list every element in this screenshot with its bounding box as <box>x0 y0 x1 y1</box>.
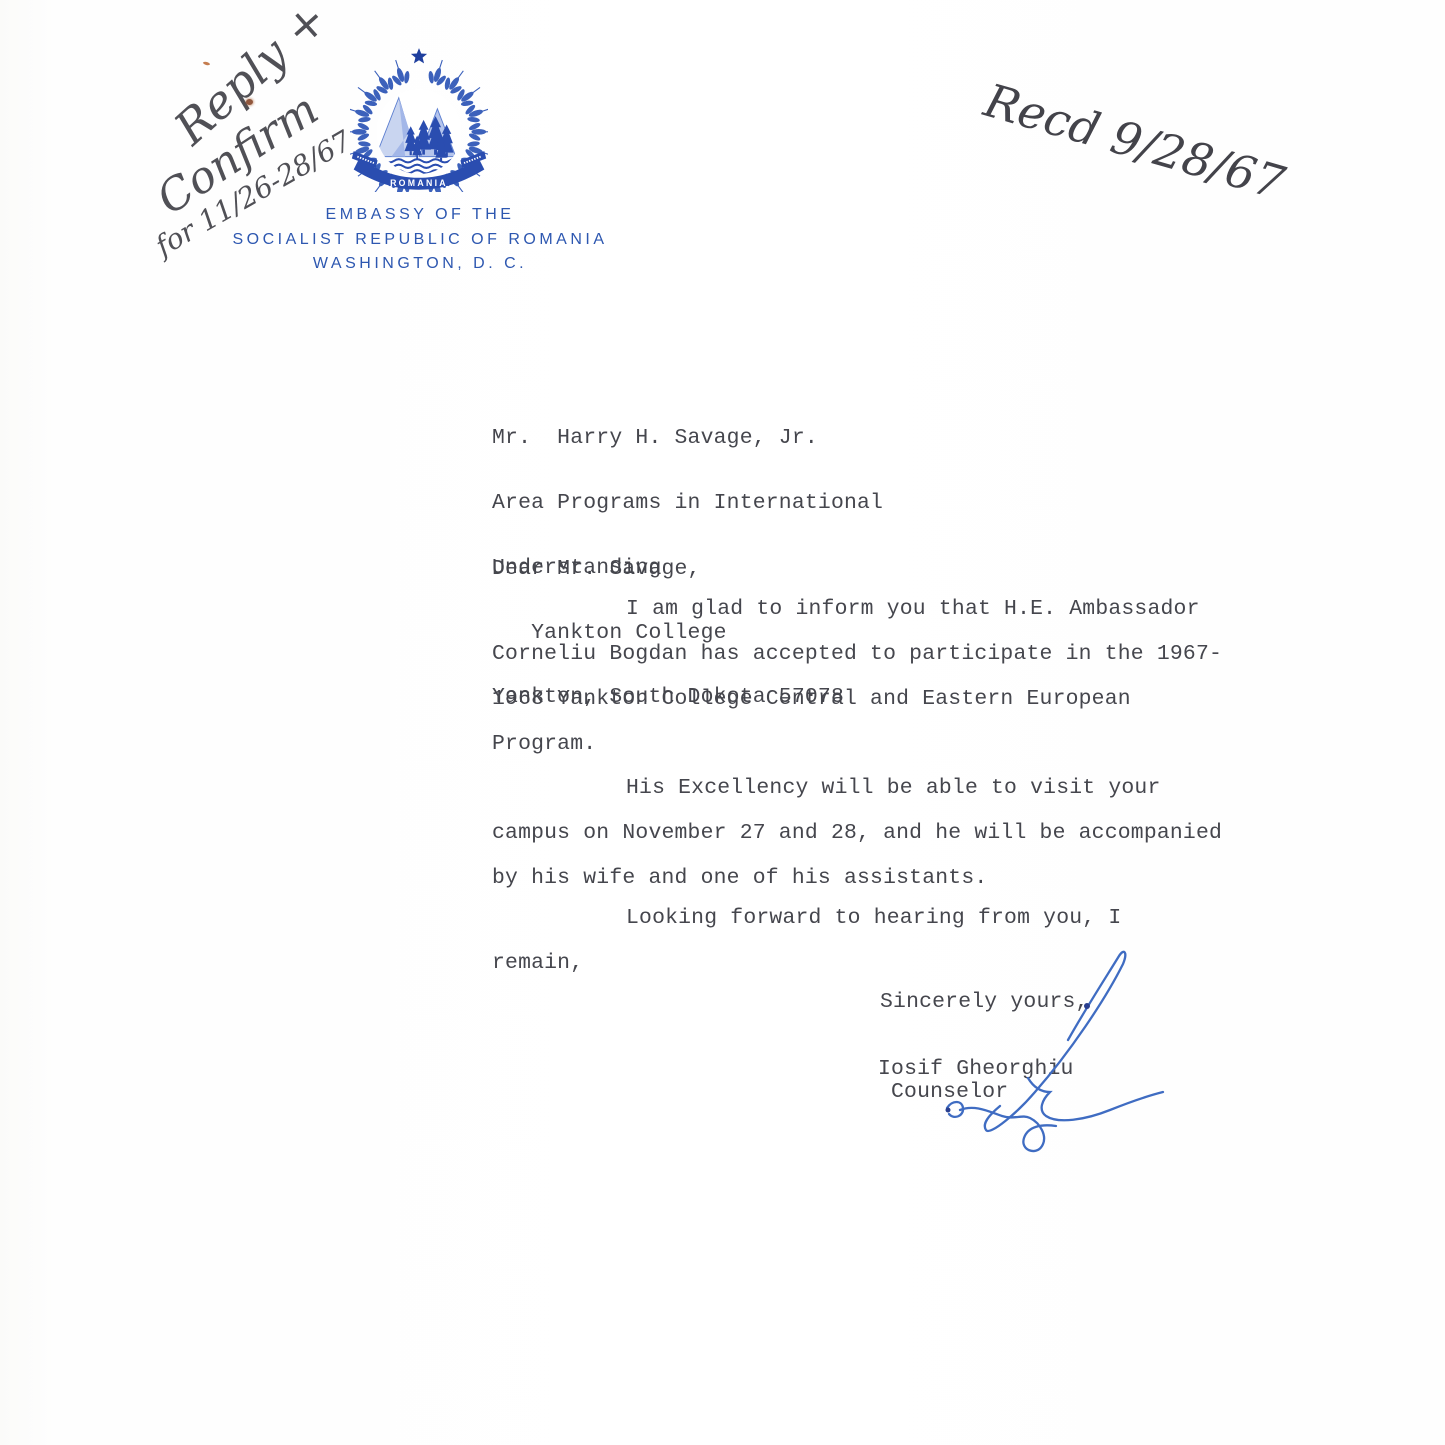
emblem-banner-label: ROMANIA <box>390 178 448 188</box>
body-line: His Excellency will be able to visit you… <box>492 778 1161 799</box>
emblem-landscape <box>376 89 468 174</box>
recipient-dept: Area Programs in International <box>492 493 883 515</box>
body-line: Program. <box>492 734 596 755</box>
signature-scribble <box>960 1108 1056 1151</box>
ink-speck <box>246 99 253 105</box>
letterhead-line1: EMBASSY OF THE <box>215 206 625 224</box>
letterhead-line3: WASHINGTON, D. C. <box>215 255 625 273</box>
body-line: campus on November 27 and 28, and he wil… <box>492 823 1222 844</box>
recipient-name: Mr. Harry H. Savage, Jr. <box>492 428 883 450</box>
body-line: 1968 Yankton College Central and Eastern… <box>492 689 1131 710</box>
body-line: by his wife and one of his assistants. <box>492 868 987 889</box>
signature-ink <box>930 940 1190 1180</box>
signature-slash <box>985 952 1126 1131</box>
ink-dot <box>1084 1003 1090 1009</box>
letterhead-line2: SOCIALIST REPUBLIC OF ROMANIA <box>215 231 625 249</box>
handwritten-received-note: Recd 9/28/67 <box>979 73 1291 210</box>
ink-speck <box>203 61 211 66</box>
star-icon <box>411 48 427 63</box>
letter-page: Reply + Confirm for 11/26-28/67 Recd 9/2… <box>0 0 1445 1445</box>
romania-coat-of-arms-icon: ROMANIA <box>350 44 488 192</box>
ink-dot <box>946 1108 951 1113</box>
salutation: Dear Mr. Savage, <box>492 559 701 580</box>
body-line: remain, <box>492 953 583 974</box>
body-line: I am glad to inform you that H.E. Ambass… <box>492 599 1200 620</box>
recipient-org: Yankton College <box>492 623 883 645</box>
signature-flourish <box>1028 1078 1163 1120</box>
body-line: Corneliu Bogdan has accepted to particip… <box>492 644 1222 665</box>
body-line: Looking forward to hearing from you, I <box>492 908 1121 929</box>
